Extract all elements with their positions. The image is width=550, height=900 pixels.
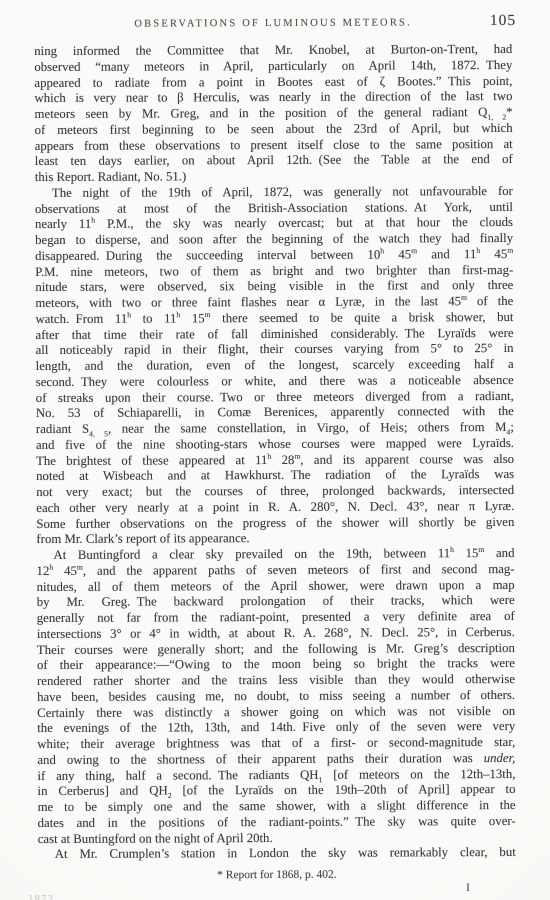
footnote: * Report for 1868, p. 402.	[38, 868, 516, 882]
text-line: dates and in the positions of the radian…	[38, 814, 516, 832]
text-segment: not very exact; but the courses of three…	[36, 483, 514, 499]
corner-mark: 1872.	[28, 893, 58, 900]
text-segment: radiant S	[36, 422, 89, 436]
text-segment: 45	[53, 564, 77, 578]
text-segment: of the	[467, 294, 513, 308]
text-segment: the evenings of the 12th, 13th, and 14th…	[37, 719, 515, 735]
text-segment: ;	[510, 420, 514, 434]
text-segment: of streaks upon their course. Two or thr…	[36, 388, 514, 404]
text-segment: observed “many meteors in April, particu…	[34, 58, 512, 74]
text-segment: observations at most of the British-Asso…	[35, 199, 513, 215]
text-segment: nitudes, all of them meteors of the Apri…	[37, 577, 515, 593]
text-segment: [of meteors on the 12th–13th,	[322, 766, 515, 781]
paragraph: At Mr. Crumplen’s station in London the …	[38, 845, 516, 863]
text-segment: The brightest of these appeared at 11	[36, 453, 267, 468]
text-segment: 45	[480, 247, 507, 261]
text-segment: from Mr. Clark’s report of its appearanc…	[36, 531, 249, 546]
text-segment: least ten days earlier, on about April 1…	[35, 152, 513, 168]
text-segment: me to be simply one and the same shower,…	[38, 798, 516, 814]
paragraph: ning informed the Committee that Mr. Kno…	[34, 42, 513, 186]
text-segment: all noticeably rapid in their flight, th…	[36, 341, 514, 357]
text-segment: P.M. nine meteors, two of them as bright…	[35, 262, 513, 278]
text-segment: cast at Buntingford on the night of Apri…	[38, 831, 273, 846]
text-segment: noted at Wisbeach and at Hawkhurst. The …	[36, 467, 514, 483]
text-segment: At Buntingford a clear sky prevailed on …	[53, 546, 450, 562]
text-segment: ning informed the Committee that Mr. Kno…	[34, 42, 512, 58]
text-segment: in Cerberus] and QH	[37, 784, 167, 799]
text-segment: , and its apparent course was also	[300, 451, 514, 466]
text-segment: appeared to radiate from a point in Boot…	[34, 73, 512, 89]
text-segment: The night of the 19th of April, 1872, wa…	[52, 184, 513, 200]
text-segment: each other very nearly at a point in R. …	[36, 499, 514, 515]
text-segment: which is very near to β Herculis, was ne…	[34, 89, 512, 105]
text-segment: nitude stars, were observed, six being v…	[35, 278, 513, 294]
document-page: OBSERVATIONS OF LUMINOUS METEORS. 105 ni…	[0, 0, 550, 900]
text-line: At Mr. Crumplen’s station in London the …	[38, 845, 516, 863]
text-segment: there seemed to be quite a brisk shower,…	[211, 310, 514, 325]
text-segment: 45	[384, 247, 411, 261]
text-segment: *	[506, 105, 512, 119]
text-segment-i: under,	[484, 751, 516, 765]
paragraph: The night of the 19th of April, 1872, wa…	[35, 184, 515, 548]
text-line: least ten days earlier, on about April 1…	[35, 152, 513, 170]
text-segment: At Mr. Crumplen’s station in London the …	[55, 845, 516, 861]
paragraph: At Buntingford a clear sky prevailed on …	[36, 546, 515, 847]
text-segment: Certainly there was distinctly a shower …	[37, 703, 515, 719]
text-segment: of meteors first beginning to be seen ab…	[35, 121, 513, 137]
text-segment: P.M., the sky was nearly overcast; but a…	[95, 215, 513, 231]
text-segment: 15	[180, 311, 204, 325]
text-segment: [of the Lyraïds on the 19th–20th of Apri…	[172, 782, 516, 798]
text-segment: 28	[271, 452, 294, 466]
running-header-title: OBSERVATIONS OF LUMINOUS METEORS.	[34, 17, 512, 30]
text-segment: watch. From 11	[35, 311, 127, 325]
page-number: 105	[490, 12, 516, 30]
text-segment: and five of the nine shooting-stars whos…	[36, 436, 514, 452]
text-segment-sup: m	[507, 245, 513, 254]
text-segment: , and the apparent paths of seven meteor…	[83, 562, 515, 578]
text-segment: Their courses were generally short; and …	[37, 640, 515, 656]
running-header: OBSERVATIONS OF LUMINOUS METEORS. 105	[34, 12, 512, 41]
text-segment: to 11	[131, 311, 176, 325]
text-segment: this Report. Radiant, No. 51.)	[35, 169, 186, 184]
text-segment: began to disperse, and soon after the be…	[35, 231, 513, 247]
text-segment: if any thing, half a second. The radiant…	[37, 767, 318, 782]
text-line: Some further observations on the progres…	[36, 514, 514, 532]
text-segment: disappeared. During the succeeding inter…	[35, 247, 380, 263]
text-segment: and owing to the shortness of their appa…	[37, 751, 483, 767]
text-segment: 15	[454, 546, 478, 560]
text-segment: meteors, with two or three faint flashes…	[35, 294, 461, 310]
text-segment: appears from these observations to prese…	[35, 136, 513, 152]
text-segment: dates and in the positions of the radian…	[38, 814, 516, 830]
text-segment: nearly 11	[35, 217, 91, 231]
body-text: ning informed the Committee that Mr. Kno…	[34, 42, 516, 863]
text-segment: 12	[37, 564, 50, 578]
text-segment: Some further observations on the progres…	[36, 514, 514, 530]
text-segment: intersections 3° or 4° in width, at abou…	[37, 625, 515, 641]
text-segment: length, and the duration, even of the lo…	[36, 357, 514, 373]
text-segment: white; their average brightness was that…	[37, 735, 515, 751]
text-segment: and 11	[417, 247, 476, 261]
text-segment: and	[484, 546, 514, 560]
text-segment: meteors seen by Mr. Greg, and in the pos…	[35, 105, 488, 121]
text-segment: of their appearance:—“Owing to the moon …	[37, 656, 515, 672]
text-segment: second. They were colourless or white, a…	[36, 373, 514, 389]
scanned-sheet: OBSERVATIONS OF LUMINOUS METEORS. 105 ni…	[34, 12, 516, 882]
printer-signature-mark: I	[466, 880, 470, 895]
text-segment: No. 53 of Schiaparelli, in Comæ Berenice…	[36, 404, 514, 420]
text-segment: , near the same constellation, in Virgo,…	[108, 420, 507, 436]
text-segment: generally not far from the radiant-point…	[37, 609, 515, 625]
text-segment: by Mr. Greg. The backward prolongation o…	[37, 593, 515, 609]
text-segment: after that time their rate of fall dimin…	[35, 325, 513, 341]
text-segment: have been, besides causing me, no doubt,…	[37, 688, 515, 704]
text-segment: rendered rather shorter and the trains l…	[37, 672, 515, 688]
